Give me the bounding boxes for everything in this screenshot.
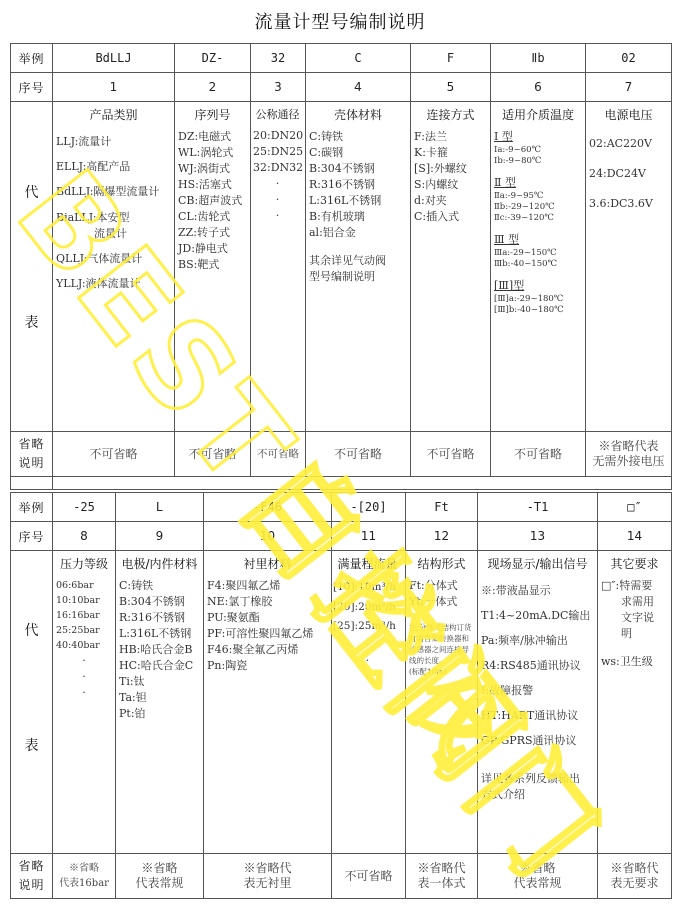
index-cell-11: 11 [332,522,406,551]
example-label: 举例 [11,493,53,522]
code-item: 20:DN20 [253,128,302,144]
other-requirements-header: 其它要求 [601,555,668,572]
display-output-header: 现场显示/输出信号 [481,555,594,572]
code-item: Ta:钽 [119,690,200,706]
index-label: 序号 [11,522,53,551]
code-item: · [333,653,402,669]
code-item: LLJ:流量计 [56,129,171,154]
code-item: B:304不锈钢 [119,594,200,610]
omit-line: ※省略代表 [586,439,671,454]
omit-label-line: 省略 [11,857,52,876]
code-item: Ⅱc:-39~120℃ [494,213,582,224]
example-cell-11: -[20] [332,493,406,522]
code-item: WJ:涡街式 [178,161,247,177]
omit-cell-7: ※省略代表 无需外接电压 [586,432,672,477]
code-item: ZZ:转子式 [178,225,247,241]
temp-group-title: [Ⅲ]型 [494,278,582,294]
example-cell-3: 32 [251,44,306,73]
code-item: WL:涡轮式 [178,145,247,161]
display-output-cell: 现场显示/输出信号 ※:带液晶显示 T1:4~20mA.DC输出 Pa:频率/脉… [478,551,598,854]
omit-cell-9: ※省略 代表常规 [116,854,204,899]
omit-line: ※省略 [478,861,597,876]
code-item: [20]:20m³/h [333,598,402,618]
example-cell-5: F [411,44,491,73]
omit-label: 省略 说明 [11,854,53,899]
code-row: 代 表 压力等级 06:6bar 10:10bar 16:16bar 25:25… [11,551,672,854]
code-item: CB:超声波式 [178,193,247,209]
omit-line: ※省略代 [598,861,671,876]
code-item: C:碳钢 [309,145,407,161]
structure-cell: 结构形式 Ft:分体式 Yt:一体式 注:分体式结构订货时需告知转换器和传感器之… [406,551,478,854]
code-item: HB:哈氏合金B [119,642,200,658]
code-item: HS:活塞式 [178,177,247,193]
code-item: 3.6:DC3.6V [589,189,668,219]
example-row: 举例 BdLLJ DZ- 32 C F Ⅱb 02 [11,44,672,73]
example-cell-7: 02 [586,44,672,73]
omit-cell-12: ※省略代 表一体式 [406,854,478,899]
code-item: !:故障报警 [481,678,594,703]
omit-line: ※省略代 [406,861,477,876]
series-header: 序列号 [178,106,247,123]
code-item: Ⅱa:-9~95℃ [494,191,582,202]
index-cell-6: 6 [491,73,586,102]
code-item: Ⅰb:-9~80℃ [494,156,582,167]
code-item: F:法兰 [414,129,487,145]
structure-header: 结构形式 [409,555,474,572]
code-row: 代 表 产品类别 LLJ:流量计 ELLJ:高配产品 BdLLJ:隔爆型流量计 … [11,102,672,432]
example-cell-2: DZ- [175,44,251,73]
code-item: T1:4~20mA.DC输出 [481,603,594,628]
code-item: R:316不锈钢 [119,610,200,626]
code-item: K:卡箍 [414,145,487,161]
temp-group-title: Ⅲ 型 [494,232,582,248]
spacer-row [11,477,672,490]
code-item: ※:带液晶显示 [481,578,594,603]
product-category-header: 产品类别 [56,106,171,123]
omit-row: 省略 说明 ※省略 代表16bar ※省略 代表常规 ※省略代 表无衬里 不可省… [11,854,672,899]
temp-group-title: Ⅰ 型 [494,129,582,145]
code-item: BiaLLJ:本安型 [56,210,171,226]
index-cell-12: 12 [406,522,478,551]
omit-cell-10: ※省略代 表无衬里 [204,854,332,899]
code-item: PU:聚氨酯 [207,610,328,626]
temp-group-title: Ⅱ 型 [494,175,582,191]
code-item: · [333,669,402,685]
omit-line: 代表常规 [478,876,597,891]
omit-line: 代表16bar [53,876,115,891]
code-item: B:有机玻璃 [309,209,407,225]
code-item: F4:聚四氟乙烯 [207,578,328,594]
code-item: F46:聚全氟乙丙烯 [207,642,328,658]
omit-label-line: 说明 [11,876,52,895]
pressure-rating-header: 压力等级 [56,555,112,572]
code-item: R:316不锈钢 [309,177,407,193]
series-cell: 序列号 DZ:电磁式 WL:涡轮式 WJ:涡街式 HS:活塞式 CB:超声波式 … [175,102,251,432]
code-item: 16:16bar [56,608,112,623]
index-cell-8: 8 [53,522,116,551]
example-cell-6: Ⅱb [491,44,586,73]
code-item: □″:特需要 [601,578,668,594]
code-item: YLLJ:液体流量计 [56,271,171,296]
omit-row: 省略 说明 不可省略 不可省略 不可省略 不可省略 不可省略 不可省略 ※省略代… [11,432,672,477]
code-item: GP:GPRS通讯协议 [481,728,594,753]
code-item: L:316L不锈钢 [309,193,407,209]
medium-temp-cell: 适用介质温度 Ⅰ 型 Ⅰa:-9~60℃ Ⅰb:-9~80℃ Ⅱ 型 Ⅱa:-9… [491,102,586,432]
code-item: BdLLJ:隔爆型流量计 [56,179,171,204]
code-item: Pn:陶瓷 [207,658,328,674]
code-item: PF:可溶性聚四氟乙烯 [207,626,328,642]
omit-cell-4: 不可省略 [306,432,411,477]
omit-label-line: 说明 [11,454,52,473]
code-item: · [253,176,302,192]
code-item: 40:40bar [56,638,112,653]
body-material-note: 其余详见气动阀 [309,253,407,269]
code-item: Ti:钛 [119,674,200,690]
omit-line: 表无要求 [598,876,671,891]
structure-note: 注:分体式结构订货时需告知转换器和传感器之间连接导线的长度。 [409,622,474,666]
index-cell-13: 13 [478,522,598,551]
example-label: 举例 [11,44,53,73]
omit-cell-8: ※省略 代表16bar [53,854,116,899]
code-item: 06:6bar [56,578,112,593]
electrode-material-header: 电极/内件材料 [119,555,200,572]
omit-line: 不可省略 [332,869,405,884]
lining-material-header: 衬里材料 [207,555,328,572]
omit-cell-5: 不可省略 [411,432,491,477]
omit-line: ※省略代 [204,861,331,876]
code-label-bottom: 表 [11,735,52,755]
code-item: Ⅱb:-29~120℃ [494,202,582,213]
code-item: ws:卫生级 [601,654,668,670]
omit-cell-6: 不可省略 [491,432,586,477]
example-cell-14: □″ [598,493,672,522]
code-item: 25:DN25 [253,144,302,160]
body-material-cell: 壳体材料 C:铸铁 C:碳钢 B:304不锈钢 R:316不锈钢 L:316L不… [306,102,411,432]
example-cell-12: Ft [406,493,478,522]
code-label-top: 代 [11,182,52,202]
code-item: R4:RS485通讯协议 [481,653,594,678]
example-cell-9: L [116,493,204,522]
omit-line: ※省略 [116,861,203,876]
index-cell-4: 4 [306,73,411,102]
example-cell-13: -T1 [478,493,598,522]
code-item: QLLJ:气体流量计 [56,246,171,271]
code-label: 代 表 [11,102,53,432]
other-requirements-cell: 其它要求 □″:特需要 求需用 文字说 明 ws:卫生级 [598,551,672,854]
omit-line: 代表常规 [116,876,203,891]
pressure-rating-cell: 压力等级 06:6bar 10:10bar 16:16bar 25:25bar … [53,551,116,854]
spacer-cell [53,477,672,490]
omit-cell-3: 不可省略 [251,432,306,477]
example-row: 举例 -25 L -F46 -[20] Ft -T1 □″ [11,493,672,522]
code-item: S:内螺纹 [414,177,487,193]
code-item: 文字说 [601,610,668,626]
code-item: NE:氯丁橡胶 [207,594,328,610]
code-item: [25]:25m³/h [333,617,402,637]
code-item: Ft:分体式 [409,578,474,594]
code-item: Yt:一体式 [409,594,474,610]
spacer-cell [11,477,53,490]
code-label: 代 表 [11,551,53,854]
example-cell-10: -F46 [204,493,332,522]
index-cell-7: 7 [586,73,672,102]
code-item: [Ⅲ]b:-40~180℃ [494,305,582,316]
omit-line: 表无衬里 [204,876,331,891]
nominal-diameter-header: 公称通径 [253,106,302,122]
model-table-1: 举例 BdLLJ DZ- 32 C F Ⅱb 02 序号 1 2 3 4 5 6… [10,43,672,490]
code-item: [Ⅲ]a:-29~180℃ [494,294,582,305]
code-item: 流量计 [56,226,171,242]
index-cell-5: 5 [411,73,491,102]
page-title: 流量计型号编制说明 [0,8,680,34]
code-item: C:铸铁 [119,578,200,594]
code-item: · [253,208,302,224]
code-item: HT:HART通讯协议 [481,703,594,728]
structure-note-default: (标配10m) [409,666,474,677]
display-output-note: 详见各系列反馈输出 [481,771,594,787]
code-item: Pa:频率/脉冲输出 [481,628,594,653]
code-item: L:316L不锈钢 [119,626,200,642]
code-item: · [56,669,112,685]
code-item: B:304不锈钢 [309,161,407,177]
body-material-note: 型号编制说明 [309,269,407,285]
omit-cell-1: 不可省略 [53,432,175,477]
full-flow-header: 满量程流量 [333,555,402,572]
code-item: · [56,685,112,701]
omit-line: 无需外接电压 [586,454,671,469]
code-item: [S]:外螺纹 [414,161,487,177]
index-cell-9: 9 [116,522,204,551]
omit-cell-13: ※省略 代表常规 [478,854,598,899]
code-label-bottom: 表 [11,312,52,332]
code-item: · [253,192,302,208]
index-cell-14: 14 [598,522,672,551]
product-category-cell: 产品类别 LLJ:流量计 ELLJ:高配产品 BdLLJ:隔爆型流量计 BiaL… [53,102,175,432]
index-cell-10: 10 [204,522,332,551]
code-item: al:铝合金 [309,225,407,241]
index-cell-1: 1 [53,73,175,102]
model-table-2: 举例 -25 L -F46 -[20] Ft -T1 □″ 序号 8 9 10 … [10,492,672,899]
omit-line: 表一体式 [406,876,477,891]
power-voltage-header: 电源电压 [589,106,668,123]
connection-header: 连接方式 [414,106,487,123]
code-item: C:铸铁 [309,129,407,145]
omit-label: 省略 说明 [11,432,53,477]
index-cell-2: 2 [175,73,251,102]
example-cell-4: C [306,44,411,73]
omit-line: ※省略 [53,861,115,876]
code-item: CL:齿轮式 [178,209,247,225]
code-label-top: 代 [11,620,52,640]
omit-cell-11: 不可省略 [332,854,406,899]
code-item: Ⅰa:-9~60℃ [494,145,582,156]
omit-label-line: 省略 [11,435,52,454]
code-item: ELLJ:高配产品 [56,154,171,179]
nominal-diameter-cell: 公称通径 20:DN20 25:DN25 32:DN32 · · · [251,102,306,432]
index-label: 序号 [11,73,53,102]
lining-material-cell: 衬里材料 F4:聚四氟乙烯 NE:氯丁橡胶 PU:聚氨酯 PF:可溶性聚四氟乙烯… [204,551,332,854]
index-cell-3: 3 [251,73,306,102]
connection-cell: 连接方式 F:法兰 K:卡箍 [S]:外螺纹 S:内螺纹 d:对夹 C:插入式 [411,102,491,432]
electrode-material-cell: 电极/内件材料 C:铸铁 B:304不锈钢 R:316不锈钢 L:316L不锈钢… [116,551,204,854]
code-item: 24:DC24V [589,159,668,189]
omit-cell-14: ※省略代 表无要求 [598,854,672,899]
code-item: HC:哈氏合金C [119,658,200,674]
code-item: d:对夹 [414,193,487,209]
code-item: JD:静电式 [178,241,247,257]
code-item: 10:10bar [56,593,112,608]
code-item: DZ:电磁式 [178,129,247,145]
code-item: 32:DN32 [253,160,302,176]
medium-temp-header: 适用介质温度 [494,106,582,123]
example-cell-8: -25 [53,493,116,522]
full-flow-cell: 满量程流量 [10]:10m³/h [20]:20m³/h [25]:25m³/… [332,551,406,854]
code-item: 02:AC220V [589,129,668,159]
example-cell-1: BdLLJ [53,44,175,73]
omit-cell-2: 不可省略 [175,432,251,477]
code-item: Ⅲb:-40~150℃ [494,259,582,270]
display-output-note: 方式介绍 [481,787,594,803]
code-item: C:插入式 [414,209,487,225]
code-item: Pt:铂 [119,706,200,722]
power-voltage-cell: 电源电压 02:AC220V 24:DC24V 3.6:DC3.6V [586,102,672,432]
code-item: 明 [601,626,668,642]
code-item: [10]:10m³/h [333,578,402,598]
index-row: 序号 1 2 3 4 5 6 7 [11,73,672,102]
code-item: · [333,637,402,653]
code-item: 求需用 [601,594,668,610]
code-item: Ⅲa:-29~150℃ [494,248,582,259]
code-item: 25:25bar [56,623,112,638]
index-row: 序号 8 9 10 11 12 13 14 [11,522,672,551]
code-item: · [56,653,112,669]
code-item: BS:靶式 [178,257,247,273]
body-material-header: 壳体材料 [309,106,407,123]
